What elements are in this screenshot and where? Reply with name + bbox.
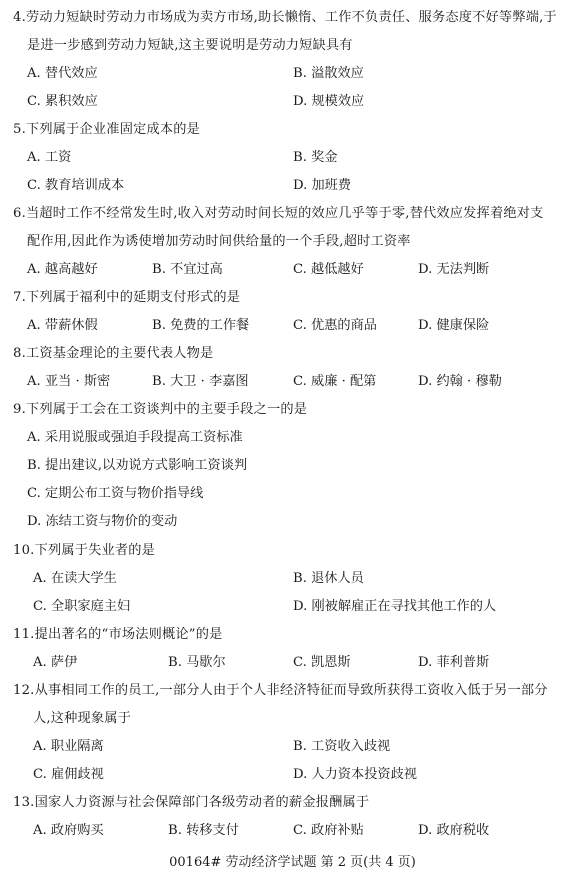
question-12-option-a: A. 职业隔离 <box>33 737 104 757</box>
question-5-option-d: D. 加班费 <box>293 176 351 196</box>
question-10-option-d: D. 刚被解雇正在寻找其他工作的人 <box>293 597 496 617</box>
question-number: 12. <box>13 683 35 698</box>
question-8-line-1: 8.工资基金理论的主要代表人物是 <box>13 344 213 364</box>
question-7-option-b: B. 免费的工作餐 <box>152 316 249 336</box>
question-12-line-2: 人,这种现象属于 <box>33 709 131 729</box>
question-6-line-2: 配作用,因此作为诱使增加劳动时间供给量的一个手段,超时工资率 <box>27 232 411 252</box>
question-5-option-c: C. 教育培训成本 <box>27 176 124 196</box>
question-10-line-1: 10.下列属于失业者的是 <box>13 541 155 561</box>
question-6-option-a: A. 越高越好 <box>27 260 98 280</box>
question-13-option-b: B. 转移支付 <box>168 821 239 841</box>
question-4-line-1: 4.劳动力短缺时劳动力市场成为卖方市场,助长懒惰、工作不负责任、服务态度不好等弊… <box>13 8 557 28</box>
question-number: 5. <box>13 122 26 137</box>
question-11-option-c: C. 凯恩斯 <box>293 653 351 673</box>
question-13-line-1: 13.国家人力资源与社会保障部门各级劳动者的薪金报酬属于 <box>13 793 369 813</box>
question-6-line-1: 6.当超时工作不经常发生时,收入对劳动时间长短的效应几乎等于零,替代效应发挥着绝… <box>13 204 544 224</box>
question-text: 从事相同工作的员工,一部分人由于个人非经济特征而导致所获得工资收入低于另一部分 <box>35 683 548 698</box>
question-text: 提出著名的“市场法则概论”的是 <box>35 627 223 642</box>
question-11-option-d: D. 菲利普斯 <box>418 653 489 673</box>
question-4-option-c: C. 累积效应 <box>27 92 98 112</box>
question-number: 11. <box>13 627 35 642</box>
question-7-option-a: A. 带薪休假 <box>27 316 98 336</box>
question-7-option-d: D. 健康保险 <box>418 316 489 336</box>
question-number: 8. <box>13 346 26 361</box>
question-text: 国家人力资源与社会保障部门各级劳动者的薪金报酬属于 <box>35 795 370 810</box>
question-8-option-c: C. 威廉 · 配第 <box>293 372 376 392</box>
question-9-option-d: D. 冻结工资与物价的变动 <box>27 512 177 532</box>
question-5-option-a: A. 工资 <box>27 148 71 168</box>
question-5-line-1: 5.下列属于企业准固定成本的是 <box>13 120 200 140</box>
question-5-option-b: B. 奖金 <box>293 148 337 168</box>
question-12-option-d: D. 人力资本投资歧视 <box>293 765 417 785</box>
question-4-option-d: D. 规模效应 <box>293 92 364 112</box>
question-13-option-c: C. 政府补贴 <box>293 821 364 841</box>
question-text: 下列属于工会在工资谈判中的主要手段之一的是 <box>26 402 307 417</box>
question-text: 下列属于企业准固定成本的是 <box>26 122 200 137</box>
question-9-option-c: C. 定期公布工资与物价指导线 <box>27 484 203 504</box>
question-11-line-1: 11.提出著名的“市场法则概论”的是 <box>13 625 223 645</box>
question-text: 工资基金理论的主要代表人物是 <box>26 346 213 361</box>
question-12-line-1: 12.从事相同工作的员工,一部分人由于个人非经济特征而导致所获得工资收入低于另一… <box>13 681 548 701</box>
question-12-option-c: C. 雇佣歧视 <box>33 765 104 785</box>
exam-page: 4.劳动力短缺时劳动力市场成为卖方市场,助长懒惰、工作不负责任、服务态度不好等弊… <box>0 0 585 885</box>
question-11-option-b: B. 马歇尔 <box>168 653 226 673</box>
question-10-option-b: B. 退休人员 <box>293 569 364 589</box>
question-10-option-a: A. 在读大学生 <box>33 569 117 589</box>
question-9-line-1: 9.下列属于工会在工资谈判中的主要手段之一的是 <box>13 400 307 420</box>
question-number: 6. <box>13 206 26 221</box>
question-8-option-a: A. 亚当 · 斯密 <box>27 372 110 392</box>
question-8-option-d: D. 约翰 · 穆勒 <box>418 372 502 392</box>
question-text: 劳动力短缺时劳动力市场成为卖方市场,助长懒惰、工作不负责任、服务态度不好等弊端,… <box>26 10 557 25</box>
question-10-option-c: C. 全职家庭主妇 <box>33 597 130 617</box>
question-7-line-1: 7.下列属于福利中的延期支付形式的是 <box>13 288 240 308</box>
question-text: 下列属于失业者的是 <box>35 543 156 558</box>
question-number: 9. <box>13 402 26 417</box>
question-number: 4. <box>13 10 26 25</box>
question-13-option-a: A. 政府购买 <box>33 821 104 841</box>
question-7-option-c: C. 优惠的商品 <box>293 316 377 336</box>
question-number: 7. <box>13 290 26 305</box>
page-footer: 00164# 劳动经济学试题 第 2 页(共 4 页) <box>0 853 585 873</box>
question-9-option-b: B. 提出建议,以劝说方式影响工资谈判 <box>27 456 247 476</box>
question-4-option-a: A. 替代效应 <box>27 64 98 84</box>
question-8-option-b: B. 大卫 · 李嘉图 <box>152 372 249 392</box>
question-text: 当超时工作不经常发生时,收入对劳动时间长短的效应几乎等于零,替代效应发挥着绝对支 <box>26 206 544 221</box>
question-number: 10. <box>13 543 35 558</box>
question-text: 下列属于福利中的延期支付形式的是 <box>26 290 240 305</box>
question-number: 13. <box>13 795 35 810</box>
question-4-line-2: 是进一步感到劳动力短缺,这主要说明是劳动力短缺具有 <box>27 36 353 56</box>
question-13-option-d: D. 政府税收 <box>418 821 489 841</box>
question-9-option-a: A. 采用说服或强迫手段提高工资标准 <box>27 428 243 448</box>
question-4-option-b: B. 溢散效应 <box>293 64 364 84</box>
question-11-option-a: A. 萨伊 <box>33 653 77 673</box>
question-6-option-c: C. 越低越好 <box>293 260 364 280</box>
question-6-option-b: B. 不宜过高 <box>152 260 223 280</box>
question-12-option-b: B. 工资收入歧视 <box>293 737 390 757</box>
question-6-option-d: D. 无法判断 <box>418 260 489 280</box>
